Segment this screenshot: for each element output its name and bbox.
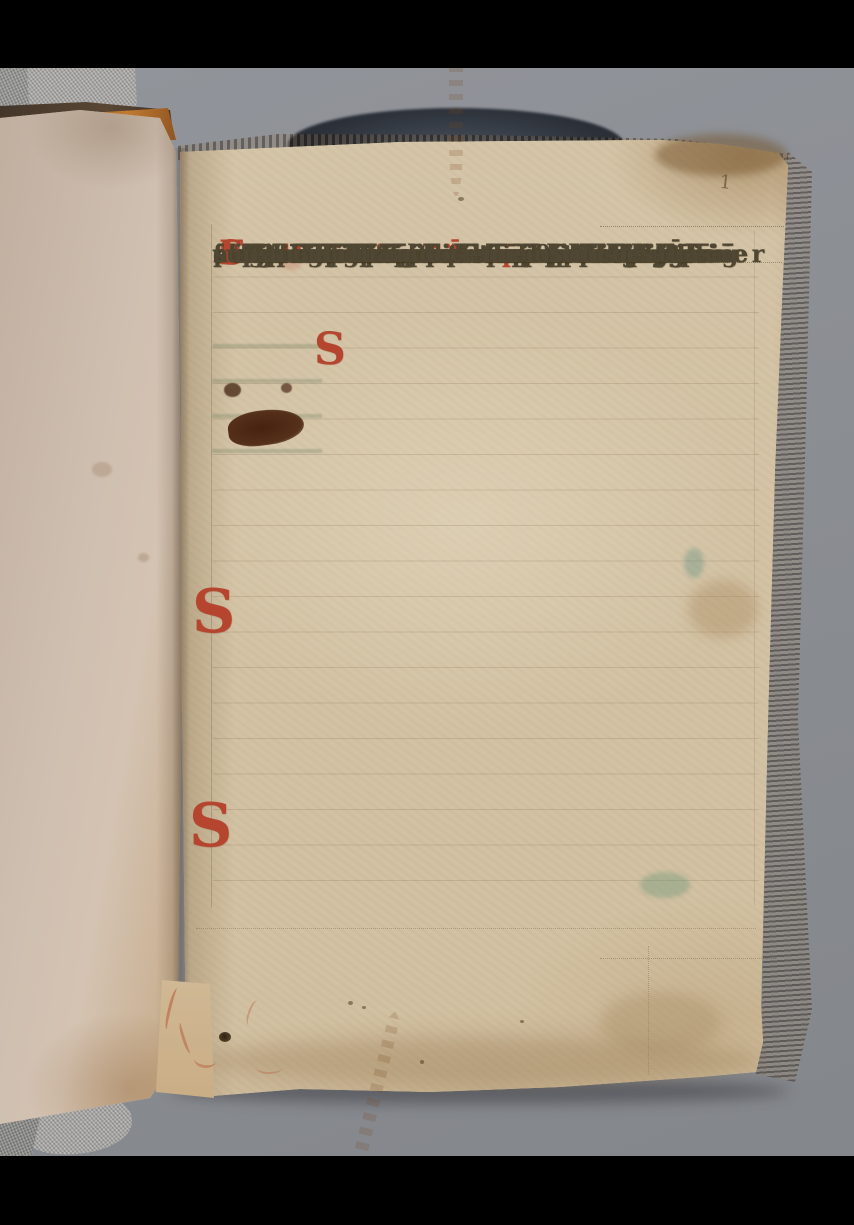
speck <box>348 1001 353 1005</box>
ruling-line <box>196 928 756 929</box>
drop-initial-signatum: S <box>189 796 232 856</box>
drop-initial-salve-1: S <box>314 328 346 372</box>
page-stain-corner <box>655 134 787 176</box>
manuscript-photo: 1 nobz cōmēdatos suscepim9 q̄ de tua pas… <box>0 0 854 1225</box>
gutter-shadow <box>172 148 190 1080</box>
flyleaf-stain <box>138 553 149 562</box>
speck <box>420 1060 424 1064</box>
flyleaf-stain <box>92 462 112 477</box>
red-stain-mark <box>256 1062 282 1074</box>
wooden-stick-top <box>449 66 463 196</box>
text-block: nobz cōmēdatos suscepim9 q̄ de tua passi… <box>213 236 765 916</box>
speck <box>362 1006 366 1009</box>
letterbox-top <box>0 0 854 68</box>
drop-initial-salve-2: S <box>192 582 235 642</box>
wormhole <box>219 1032 231 1042</box>
speck <box>520 1020 524 1023</box>
letterbox-bottom <box>0 1156 854 1225</box>
ruling-line <box>600 226 784 227</box>
speck <box>458 197 464 201</box>
facing-flyleaf <box>0 106 186 1130</box>
body-text: sup ancillā tuā: r doce me iustificōes t… <box>213 236 711 272</box>
ruling-line <box>600 958 776 959</box>
page-stain <box>600 992 720 1054</box>
folio-number: 1 <box>718 171 745 201</box>
